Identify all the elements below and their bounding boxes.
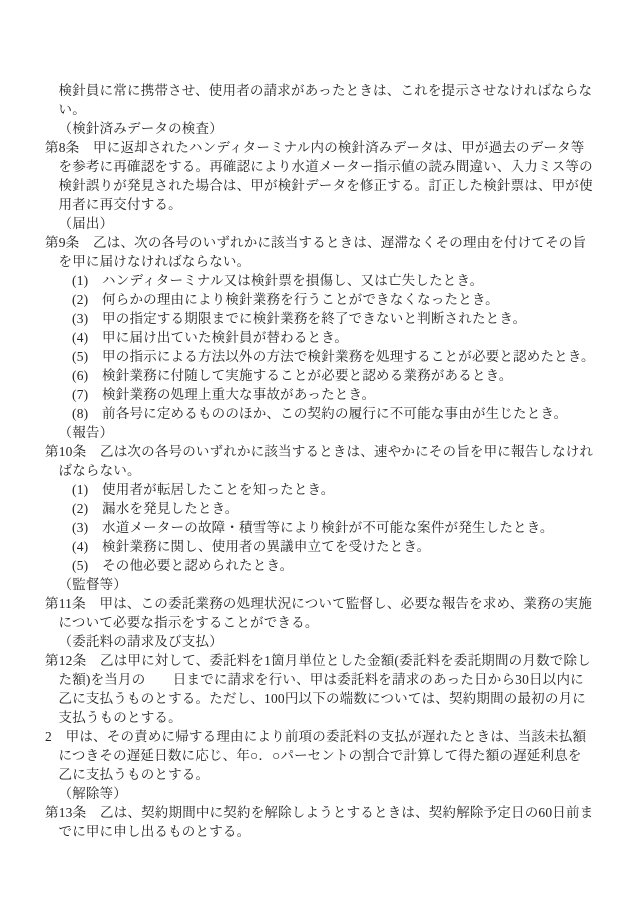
document-line: 乙に支払うものとする。ただし、100円以下の端数については、契約期間の最初の月に xyxy=(45,689,594,708)
document-line: 第11条 甲は、この委託業務の処理状況について監督し、必要な報告を求め、業務の実… xyxy=(45,594,594,613)
document-line: た額)を当月の 日までに請求を行い、甲は委託料を請求のあった日から30日以内に xyxy=(45,670,594,689)
document-line: 第12条 乙は甲に対して、委託料を1箇月単位とした金額(委託料を委託期間の月数で… xyxy=(45,651,594,670)
document-line: 2 甲は、その責めに帰する理由により前項の委託料の支払が遅れたときは、当該未払額 xyxy=(45,727,594,746)
document-line: 第13条 乙は、契約期間中に契約を解除しようとするときは、契約解除予定日の60日… xyxy=(45,803,594,822)
document-line: 第10条 乙は次の各号のいずれかに該当するときは、速やかにその旨を甲に報告しなけ… xyxy=(45,442,594,461)
document-body: 検針員に常に携帯させ、使用者の請求があったときは、これを提示させなければならない… xyxy=(45,81,594,841)
document-line: （解除等） xyxy=(45,784,594,803)
document-line: 検針員に常に携帯させ、使用者の請求があったときは、これを提示させなければならな xyxy=(45,81,594,100)
document-line: （報告） xyxy=(45,423,594,442)
document-line: につきその遅延日数に応じ、年○．○パーセントの割合で計算して得た額の遅延利息を xyxy=(45,746,594,765)
document-line: (5) 甲の指示による方法以外の方法で検針業務を処理することが必要と認めたとき。 xyxy=(45,347,594,366)
document-line: （検針済みデータの検査） xyxy=(45,119,594,138)
document-line: (2) 漏水を発見したとき。 xyxy=(45,499,594,518)
document-line: 支払うものとする。 xyxy=(45,708,594,727)
document-line: ばならない。 xyxy=(45,461,594,480)
document-line: を甲に届けなければならない。 xyxy=(45,252,594,271)
document-line: (3) 水道メーターの故障・積雪等により検針が不可能な案件が発生したとき。 xyxy=(45,518,594,537)
document-line: (4) 検針業務に関し、使用者の異議申立てを受けたとき。 xyxy=(45,537,594,556)
document-line: 検針誤りが発見された場合は、甲が検針データを修正する。訂正した検針票は、甲が使 xyxy=(45,176,594,195)
document-line: (5) その他必要と認められたとき。 xyxy=(45,556,594,575)
document-line: （監督等） xyxy=(45,575,594,594)
document-line: (3) 甲の指定する期限までに検針業務を終了できないと判断されたとき。 xyxy=(45,309,594,328)
document-line: （届出） xyxy=(45,214,594,233)
document-line: （委託料の請求及び支払） xyxy=(45,632,594,651)
document-page: 検針員に常に携帯させ、使用者の請求があったときは、これを提示させなければならない… xyxy=(0,0,630,915)
document-line: い。 xyxy=(45,100,594,119)
document-line: 第8条 甲に返却されたハンディターミナル内の検針済みデータは、甲が過去のデータ等 xyxy=(45,138,594,157)
document-line: (2) 何らかの理由により検針業務を行うことができなくなったとき。 xyxy=(45,290,594,309)
document-line: を参考に再確認をする。再確認により水道メーター指示値の読み間違い、入力ミス等の xyxy=(45,157,594,176)
document-line: (1) ハンディターミナル又は検針票を損傷し、又は亡失したとき。 xyxy=(45,271,594,290)
document-line: 乙に支払うものとする。 xyxy=(45,765,594,784)
document-line: 用者に再交付する。 xyxy=(45,195,594,214)
document-line: (7) 検針業務の処理上重大な事故があったとき。 xyxy=(45,385,594,404)
document-line: でに甲に申し出るものとする。 xyxy=(45,822,594,841)
document-line: (8) 前各号に定めるもののほか、この契約の履行に不可能な事由が生じたとき。 xyxy=(45,404,594,423)
document-line: (6) 検針業務に付随して実施することが必要と認める業務があるとき。 xyxy=(45,366,594,385)
document-line: (4) 甲に届け出ていた検針員が替わるとき。 xyxy=(45,328,594,347)
document-line: 第9条 乙は、次の各号のいずれかに該当するときは、遅滞なくその理由を付けてその旨 xyxy=(45,233,594,252)
document-line: について必要な指示をすることができる。 xyxy=(45,613,594,632)
document-line: (1) 使用者が転居したことを知ったとき。 xyxy=(45,480,594,499)
